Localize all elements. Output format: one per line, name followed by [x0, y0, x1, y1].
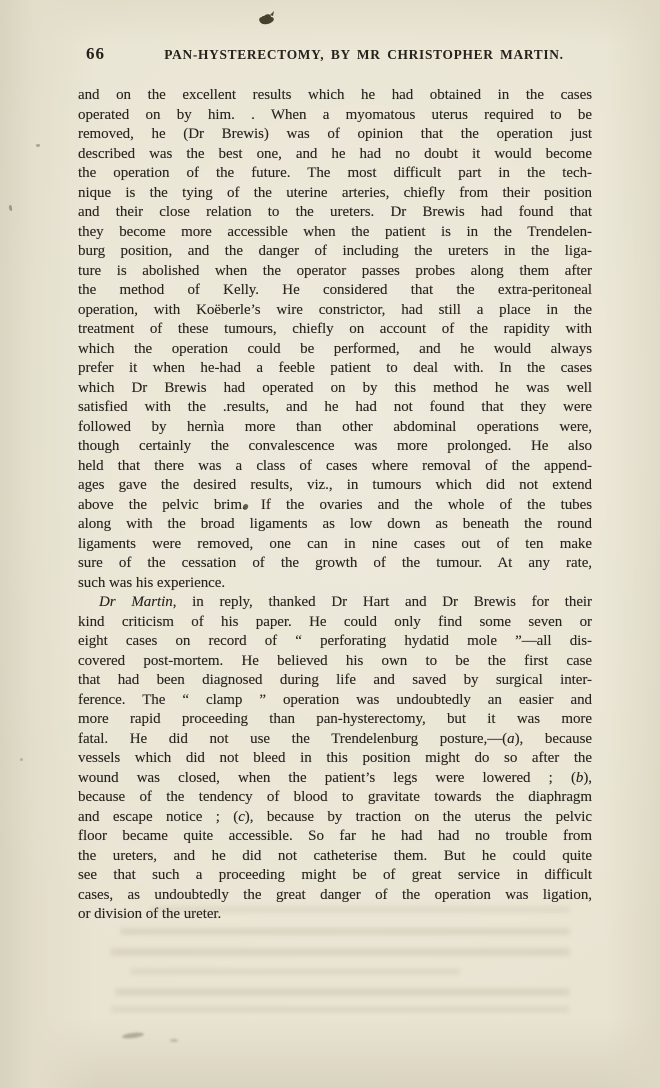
text-line: satisfied with the .results, and he had … [78, 398, 592, 418]
page-body: and on the excellent results which he ha… [78, 86, 592, 925]
italic-text: a [507, 731, 514, 747]
page-number: 66 [86, 44, 105, 64]
paragraph: Dr Martin, in reply, thanked Dr Hart and… [78, 593, 592, 925]
ink-smudge-icon [250, 8, 280, 32]
ink-smudge [122, 1032, 144, 1040]
show-through-line [110, 948, 570, 956]
text-run: and escape notice ; ( [78, 809, 238, 825]
page-header: 66 PAN-HYSTERECTOMY, BY MR CHRISTOPHER M… [78, 44, 592, 68]
text-line: they become more accessible when the pat… [78, 223, 592, 243]
text-run: fatal. He did not use the Trendelenburg … [78, 731, 507, 747]
text-line: the ureters, and he did not catheterise … [78, 847, 592, 867]
text-line: because of the tendency of blood to grav… [78, 788, 592, 808]
italic-text: Dr Martin [99, 594, 173, 610]
ink-speck [20, 758, 23, 761]
show-through-line [150, 906, 570, 913]
show-through-line [130, 968, 460, 975]
text-line: more rapid proceeding than pan-hysterect… [78, 710, 592, 730]
text-line: ligaments were removed, one can in nine … [78, 535, 592, 555]
text-line: the operation of the future. The most di… [78, 164, 592, 184]
text-line: operated on by him. . When a myomatous u… [78, 106, 592, 126]
text-line: cases, as undoubtedly the great danger o… [78, 886, 592, 906]
scanned-book-page: 66 PAN-HYSTERECTOMY, BY MR CHRISTOPHER M… [0, 0, 660, 1088]
text-line: eight cases on record of “ perforating h… [78, 632, 592, 652]
text-line: burg position, and the danger of includi… [78, 242, 592, 262]
text-line: followed by hernìa more than other abdom… [78, 418, 592, 438]
text-run: wound was closed, when the patient’s leg… [78, 770, 576, 786]
text-line: the method of Kelly. He considered that … [78, 281, 592, 301]
text-line: that had been diagnosed during life and … [78, 671, 592, 691]
text-line: treatment of these tumours, chiefly on a… [78, 320, 592, 340]
text-line: Dr Martin, in reply, thanked Dr Hart and… [78, 593, 592, 613]
text-line: ture is abolished when the operator pass… [78, 262, 592, 282]
text-line: operation, with Koëberle’s wire constric… [78, 301, 592, 321]
text-line: which the operation could be performed, … [78, 340, 592, 360]
text-line: ference. The “ clamp ” operation was und… [78, 691, 592, 711]
text-line: and escape notice ; (c), because by trac… [78, 808, 592, 828]
text-line: sure of the cessation of the growth of t… [78, 554, 592, 574]
text-line: floor became quite accessible. So far he… [78, 827, 592, 847]
show-through-line [115, 988, 570, 996]
text-line: though certainly the convalescence was m… [78, 437, 592, 457]
text-line: and their close relation to the ureters.… [78, 203, 592, 223]
text-run: ), [583, 770, 592, 786]
text-line: wound was closed, when the patient’s leg… [78, 769, 592, 789]
text-line: and on the excellent results which he ha… [78, 86, 592, 106]
text-line: along with the broad ligaments as low do… [78, 515, 592, 535]
text-line: prefer it when he-had a feeble patient t… [78, 359, 592, 379]
text-line: held that there was a class of cases whe… [78, 457, 592, 477]
text-line: vessels which did not bleed in this posi… [78, 749, 592, 769]
text-line: fatal. He did not use the Trendelenburg … [78, 730, 592, 750]
ink-speck [8, 205, 12, 212]
ink-smudge [170, 1039, 178, 1042]
show-through-line [110, 1006, 570, 1013]
text-line: above the pelvic brim. If the ovaries an… [78, 496, 592, 516]
text-run: ), because [515, 731, 592, 747]
paragraph: and on the excellent results which he ha… [78, 86, 592, 593]
text-line: covered post-mortem. He believed his own… [78, 652, 592, 672]
text-line: described was the best one, and he had n… [78, 145, 592, 165]
text-run: ), because by traction on the uterus the… [245, 809, 592, 825]
text-line: ages gave the desired results, viz., in … [78, 476, 592, 496]
italic-text: c [238, 809, 245, 825]
text-line: such was his experience. [78, 574, 592, 594]
show-through-line [120, 928, 570, 935]
text-line: kind criticism of his paper. He could on… [78, 613, 592, 633]
ink-speck [36, 144, 40, 147]
text-line: nique is the tying of the uterine arteri… [78, 184, 592, 204]
running-header: PAN-HYSTERECTOMY, BY MR CHRISTOPHER MART… [136, 44, 592, 63]
text-line: which Dr Brewis had operated on by this … [78, 379, 592, 399]
text-line: see that such a proceeding might be of g… [78, 866, 592, 886]
text-run: , in reply, thanked Dr Hart and Dr Brewi… [173, 594, 592, 610]
text-line: removed, he (Dr Brewis) was of opinion t… [78, 125, 592, 145]
